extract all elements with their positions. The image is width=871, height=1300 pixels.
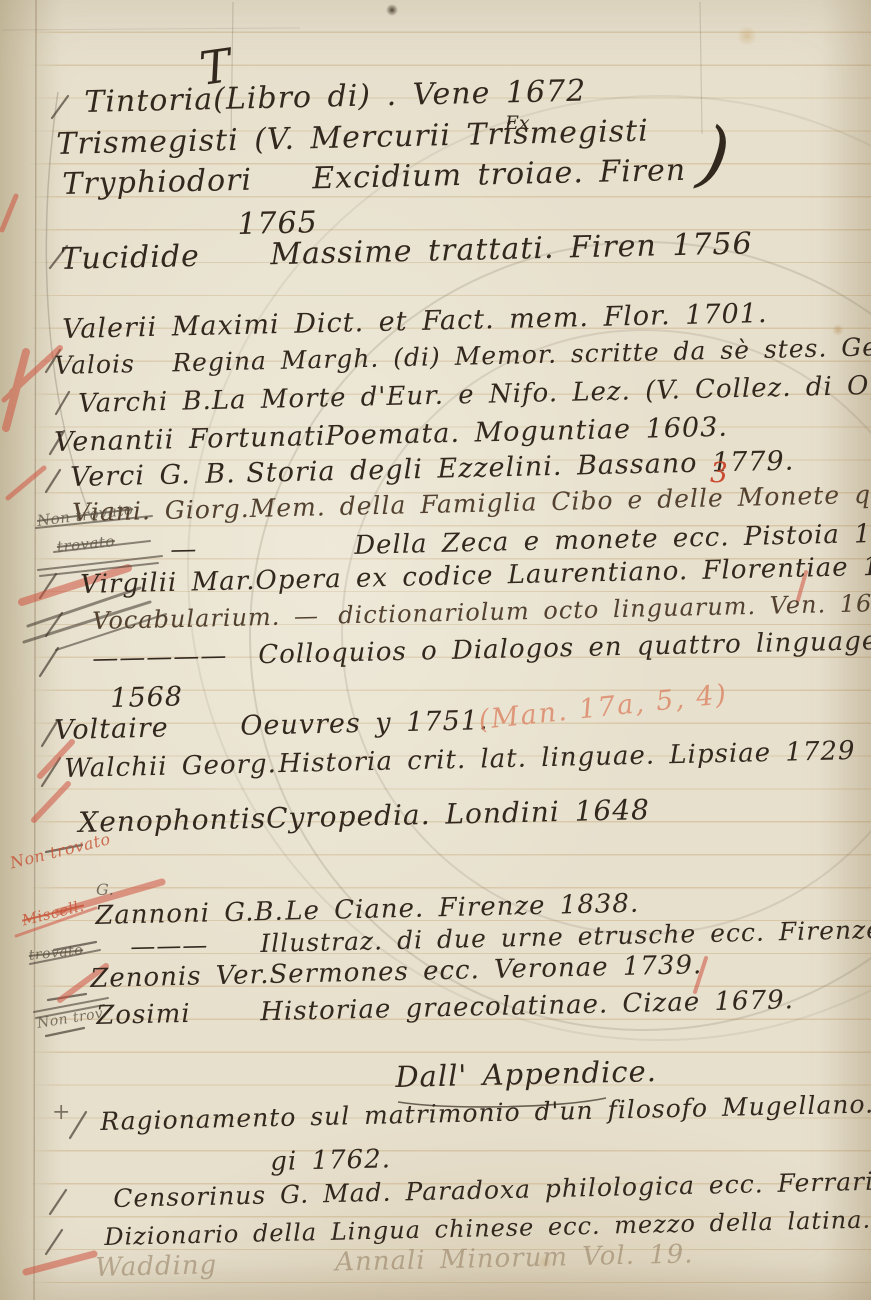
catalog-entry-trismegisti: Trismegisti (V. Mercurii Trismegisti [56,115,649,161]
margin-note-plus: + [52,1100,71,1125]
catalog-entry-continuation: gi 1762. [270,1145,391,1176]
entry-author: Valois [54,349,173,379]
catalog-entry-tucidide: TucidideMassime trattati. Firen 1756 [60,227,753,276]
entry-title: Censorinus G. Mad. Paradoxa philologica … [113,1164,871,1213]
entry-dash: — [170,532,355,565]
entry-author: Voltaire [54,712,241,746]
entry-year: 1568 [110,681,183,714]
catalog-entry-walchii: Walchii Georg.Historia crit. lat. lingua… [64,737,856,784]
manuscript-page: T Tintoria(Libro di) . Vene 1672 Trismeg… [0,0,871,1300]
catalog-entry-tryphiodori: TryphiodoriExcidium troiae. Firen [62,154,687,201]
entry-author: Valerii Maximi [62,310,295,345]
appendix-heading: Dall' Appendice. [395,1056,657,1094]
entry-author: Venantii Fortunati [54,422,326,458]
entry-title: (Libro di) . Vene 1672 [213,74,587,117]
entry-author: Tryphiodori [62,162,313,201]
entry-author: Zannoni G.B. [95,898,286,931]
entry-author: Verci G. B. [70,459,247,493]
entry-title: Excidium troiae. Firen [312,153,687,196]
entry-title: Ragionamento sul matrimonio d'un filosof… [100,1088,871,1136]
entry-author: Tucidide [60,238,271,276]
entry-title: La Morte d'Eur. e Nifo. Lez. (V. Collez.… [212,369,871,416]
entry-author: Zosimi [96,998,261,1030]
entry-title: Annali Minorum Vol. 19. [335,1239,694,1277]
margin-note-trovato: trovato [56,532,116,556]
pencil-guide-line [700,2,702,134]
catalog-entry-censorinus: Censorinus G. Mad. Paradoxa philologica … [113,1165,871,1212]
catalog-entry-continuation: 1568 [110,682,183,713]
margin-note-g: G. [96,880,114,899]
entry-author: Zenonis Ver. [90,961,270,994]
entry-title: Cyropedia. Londini 1648 [266,793,651,835]
catalog-entry-varchi: Varchi B.La Morte d'Eur. e Nifo. Lez. (V… [78,370,871,418]
entry-author: Varchi B. [78,387,212,419]
entry-title: Colloquios o Dialogos en quattro linguag… [258,623,871,670]
trismegisti-superscript: Ex [505,112,530,134]
voltaire-red-chalk-reference: (Man. 17a, 5, 4) [477,679,729,736]
entry-author: Walchii Georg. [64,750,279,783]
entry-year: gi 1762. [270,1144,391,1177]
entry-author: Vocabularium. — [92,602,339,634]
big-closing-paren: ) [693,110,735,199]
margin-note-non-trovato-red: Non trovato [8,829,112,872]
catalog-entry-zosimi: ZosimiHistoriae graecolatinae. Cizae 167… [96,986,794,1030]
catalog-entry-xenophontis: XenophontisCyropedia. Londini 1648 [78,795,650,839]
entry-author: Tintoria [84,83,214,119]
catalog-entry-ragionamento: Ragionamento sul matrimonio d'un filosof… [100,1089,871,1136]
entry-author: Wadding [95,1249,336,1283]
entry-dash: ——— [130,930,261,960]
entry-title: dictionariolum octo linguarum. Ven. 1646… [338,588,871,629]
page-edge-line [34,0,36,1300]
appendix-heading-text: Dall' Appendice. [395,1054,657,1094]
entry-dash: ————— [92,641,259,673]
entry-title: Historia crit. lat. linguae. Lipsiae 172… [278,736,856,779]
margin-note-miscell: Miscell. [20,897,86,930]
margin-note-trovato-2: trovato [28,942,84,964]
entry-title: Dict. et Fact. mem. Flor. 1701. [294,298,768,340]
entry-title: Massime trattati. Firen 1756 [270,226,753,272]
entry-title: Poemata. Moguntiae 1603. [325,412,728,452]
pencil-guide-line [2,28,300,30]
entry-title: Historiae graecolatinae. Cizae 1679. [260,985,794,1027]
entry-author: Virgilii Mar. [80,567,256,600]
entry-title: Oeuvres y 1751. [240,705,489,742]
